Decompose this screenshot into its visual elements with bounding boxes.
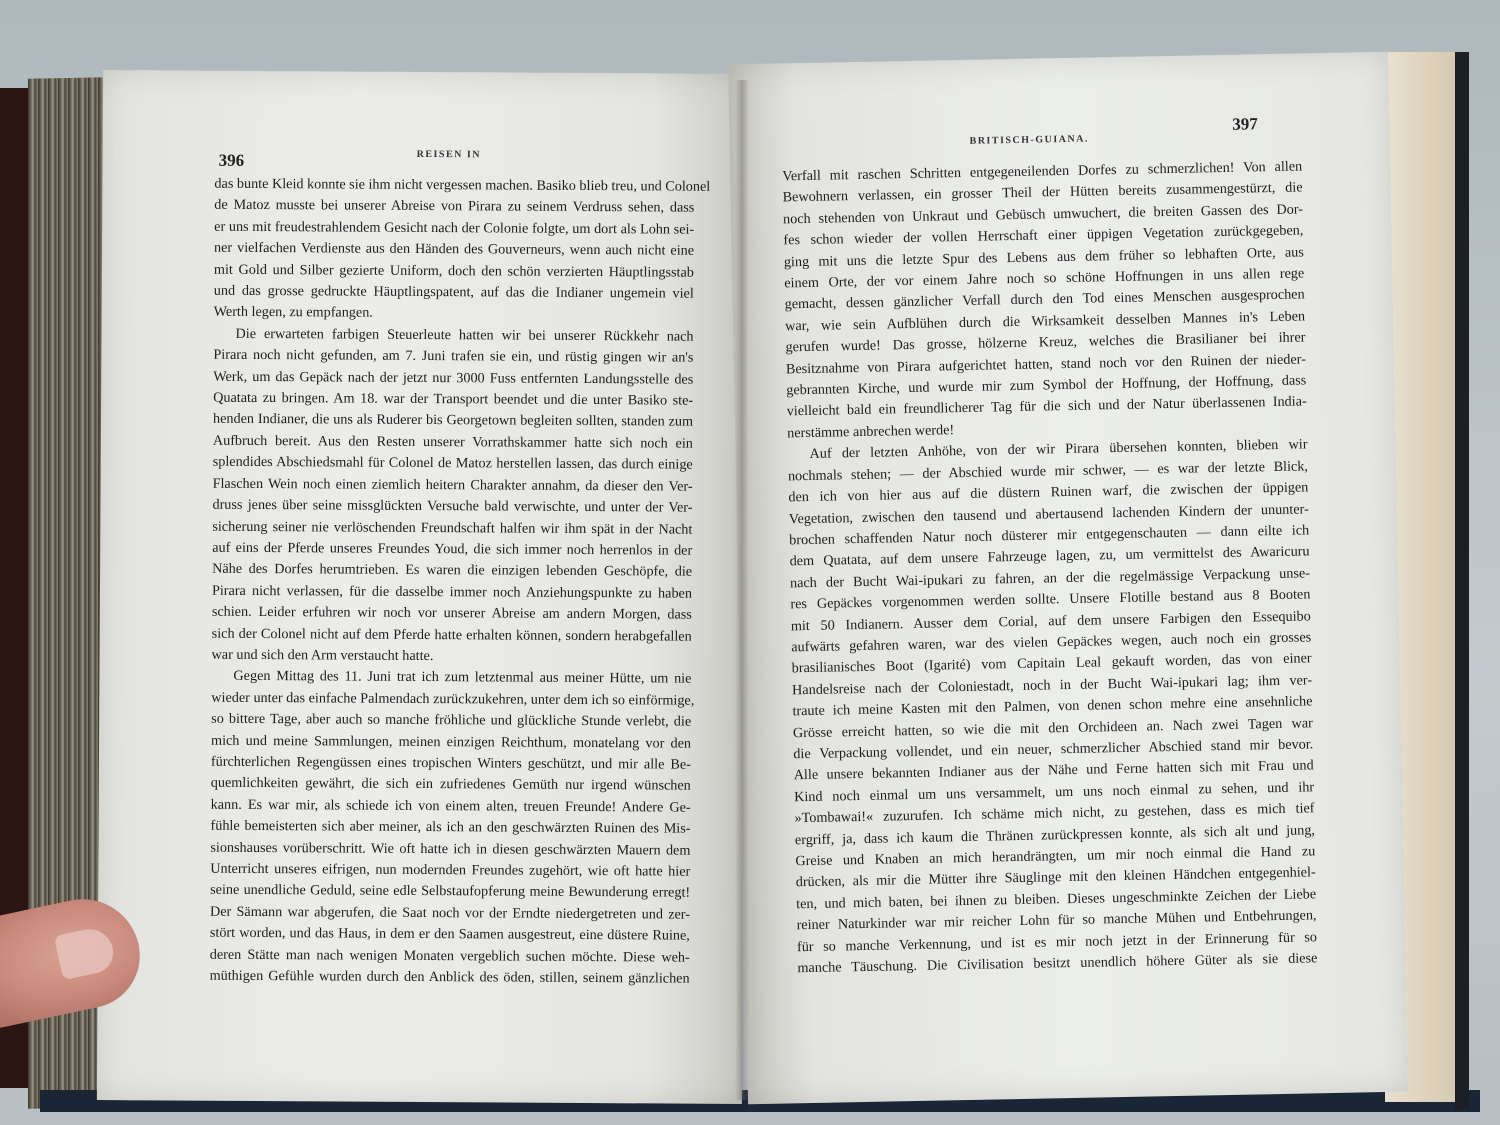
text-line: Nähe des Dorfes herumtrieben. Es waren d… [212,559,692,583]
text-line: müthigen Gefühle wurden durch den Anblic… [210,966,690,990]
text-line: Der Sämann war abgerufen, die Saat noch … [210,902,690,926]
text-line: kann. Es war mir, als schiede ich von ei… [211,794,691,818]
text-line: Werk, um das Gepäck nach der jetzt nur 3… [213,366,693,390]
text-line: splendides Abschiedsmahl für Colonel de … [213,452,693,476]
text-line: quemlichkeiten gewährt, die sich ein zuf… [211,773,691,797]
text-line: wieder unter das einfache Palmendach zur… [211,687,691,711]
text-line: seine unendliche Geduld, seine edle Selb… [210,880,690,904]
page-number-right: 397 [1232,114,1258,134]
book-gutter [735,80,749,1100]
text-line: fürchterlichen Regengüssen eines tropisc… [211,752,691,776]
text-line: stört worden, und das Haus, in dem er de… [210,923,690,947]
text-line: schien. Leider erfuhren wir noch vor uns… [212,602,692,626]
body-text-right: Verfall mit raschen Schritten entgegenei… [782,156,1318,979]
text-line: Werth legen, zu empfangen. [214,302,694,326]
text-line: deren Stätte man nach wenigen Monaten ve… [210,944,690,968]
text-line: Pirara nicht verlassen, für die dasselbe… [212,580,692,604]
book-cover-right [1455,52,1469,1110]
text-line: mich und meine Sammlungen, meinen einzig… [211,730,691,754]
text-line: ner vielfachen Verdienste aus den Händen… [214,238,694,262]
text-line: Unterricht unseres eifrigen, nun modernd… [210,859,690,883]
text-line: war und sich den Arm verstaucht hatte. [212,645,692,669]
left-page: 396 REISEN IN das bunte Kleid konnte sie… [97,70,748,1104]
text-line: Die erwarteten farbigen Steuerleute hatt… [213,324,693,348]
text-line: Pirara noch nicht gefunden, am 7. Juni t… [213,345,693,369]
text-line: er uns mit freudestrahlendem Gesicht nac… [214,217,694,241]
page-number-left: 396 [219,151,245,171]
text-line: Flaschen Wein noch einen ziemlich heiter… [213,473,693,497]
text-line: sicherung seiner nie verlöschenden Freun… [212,516,692,540]
text-line: Quatata zu bringen. Am 18. war der Trans… [213,388,693,412]
text-line: Aufbruch bereit. Aus den Resten unserer … [213,431,693,455]
text-line: und das grosse gedruckte Häuptlingspaten… [214,281,694,305]
text-line: sich der Colonel nicht auf dem Pferde ha… [212,623,692,647]
text-line: mit Gold und Silber gezierte Uniform, do… [214,259,694,283]
running-head-right: BRITISCH-GUIANA. [969,134,1088,147]
text-line: de Matoz musste bei unserer Abreise von … [214,195,694,219]
text-line: das bunte Kleid konnte sie ihm nicht ver… [214,174,694,198]
text-line: druss jenes über seine missglückten Vers… [212,495,692,519]
body-text-left: das bunte Kleid konnte sie ihm nicht ver… [210,174,695,990]
text-line: sionshauses vorüberschritt. Wie oft hatt… [210,837,690,861]
text-line: Gegen Mittag des 11. Juni trat ich zum l… [211,666,691,690]
text-line: so bittere Tage, aber auch so manche frö… [211,709,691,733]
right-page: 397 BRITISCH-GUIANA. Verfall mit raschen… [728,52,1408,1104]
text-line: auf eins der Pferde unseres Freundes You… [212,538,692,562]
text-line: henden Indianer, die uns als Ruderer bis… [213,409,693,433]
running-head-left: REISEN IN [417,149,481,160]
text-line: fühle bemeisterten sich aber meiner, als… [210,816,690,840]
